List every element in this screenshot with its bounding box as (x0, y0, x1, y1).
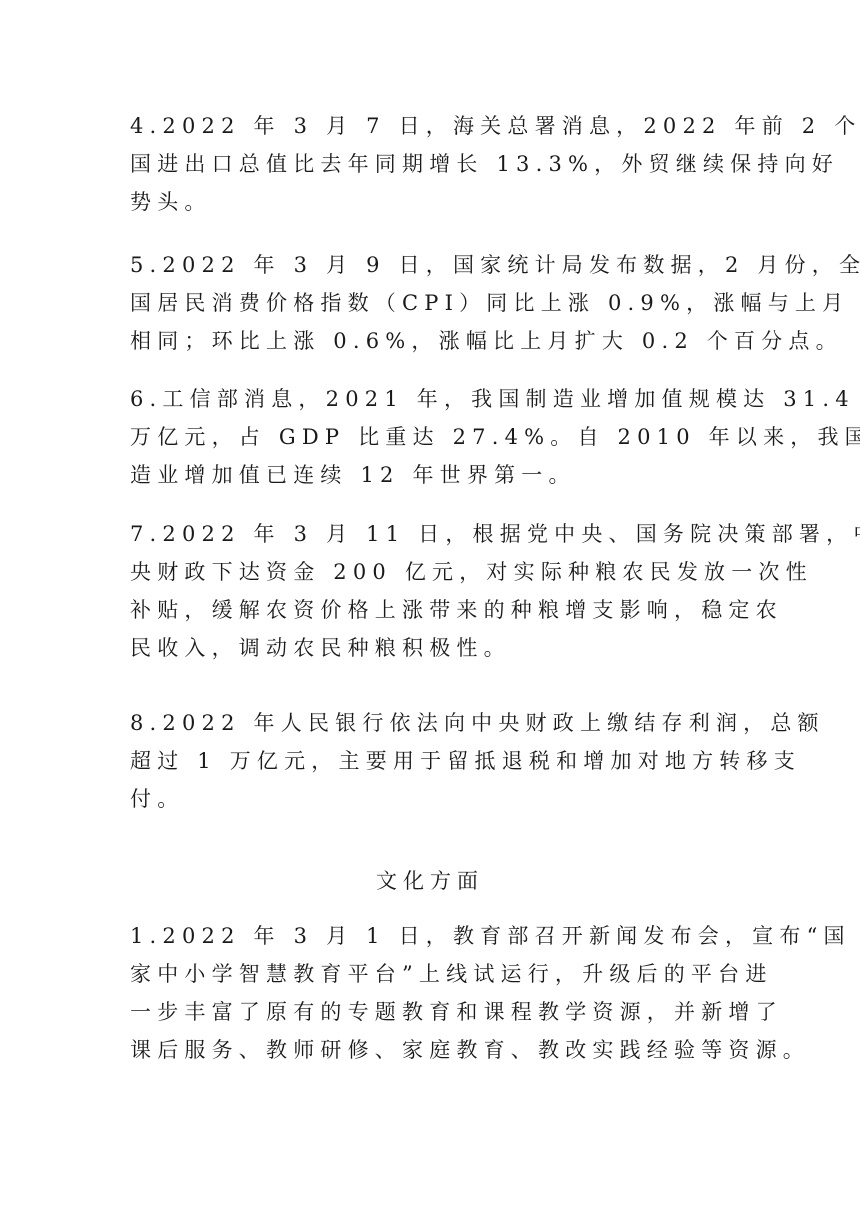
text-line: 家中小学智慧教育平台”上线试运行，升级后的平台进 (130, 955, 730, 993)
text-line: 1.2022 年 3 月 1 日，教育部召开新闻发布会，宣布“国 (130, 917, 730, 955)
text-line: 势头。 (130, 183, 730, 221)
text-line: 超过 1 万亿元，主要用于留抵退税和增加对地方转移支 (130, 742, 730, 780)
text-line: 8.2022 年人民银行依法向中央财政上缴结存利润，总额 (130, 704, 730, 742)
text-line: 5.2022 年 3 月 9 日，国家统计局发布数据，2 月份，全 (130, 246, 730, 284)
text-line: 6.工信部消息，2021 年，我国制造业增加值规模达 31.4 (130, 380, 730, 418)
section-heading-culture: 文化方面 (0, 862, 860, 900)
text-line: 国进出口总值比去年同期增长 13.3%，外贸继续保持向好 (130, 145, 730, 183)
text-line: 付。 (130, 780, 730, 818)
text-line: 课后服务、教师研修、家庭教育、教改实践经验等资源。 (130, 1031, 730, 1069)
document-page: 4.2022 年 3 月 7 日，海关总署消息，2022 年前 2 个月我 国进… (0, 0, 860, 1216)
text-line: 万亿元，占 GDP 比重达 27.4%。自 2010 年以来，我国制 (130, 418, 730, 456)
text-line: 7.2022 年 3 月 11 日，根据党中央、国务院决策部署，中 (130, 515, 730, 553)
text-line: 民收入，调动农民种粮积极性。 (130, 629, 730, 667)
text-line: 一步丰富了原有的专题教育和课程教学资源，并新增了 (130, 993, 730, 1031)
text-line: 相同；环比上涨 0.6%，涨幅比上月扩大 0.2 个百分点。 (130, 322, 730, 360)
paragraph-economy-4: 4.2022 年 3 月 7 日，海关总署消息，2022 年前 2 个月我 国进… (130, 107, 730, 221)
paragraph-economy-8: 8.2022 年人民银行依法向中央财政上缴结存利润，总额 超过 1 万亿元，主要… (130, 704, 730, 818)
paragraph-economy-7: 7.2022 年 3 月 11 日，根据党中央、国务院决策部署，中 央财政下达资… (130, 515, 730, 667)
text-line: 国居民消费价格指数（CPI）同比上涨 0.9%，涨幅与上月 (130, 284, 730, 322)
text-line: 造业增加值已连续 12 年世界第一。 (130, 456, 730, 494)
paragraph-economy-5: 5.2022 年 3 月 9 日，国家统计局发布数据，2 月份，全 国居民消费价… (130, 246, 730, 360)
text-line: 央财政下达资金 200 亿元，对实际种粮农民发放一次性 (130, 553, 730, 591)
paragraph-economy-6: 6.工信部消息，2021 年，我国制造业增加值规模达 31.4 万亿元，占 GD… (130, 380, 730, 494)
text-line: 补贴，缓解农资价格上涨带来的种粮增支影响，稳定农 (130, 591, 730, 629)
paragraph-culture-1: 1.2022 年 3 月 1 日，教育部召开新闻发布会，宣布“国 家中小学智慧教… (130, 917, 730, 1069)
text-line: 4.2022 年 3 月 7 日，海关总署消息，2022 年前 2 个月我 (130, 107, 730, 145)
